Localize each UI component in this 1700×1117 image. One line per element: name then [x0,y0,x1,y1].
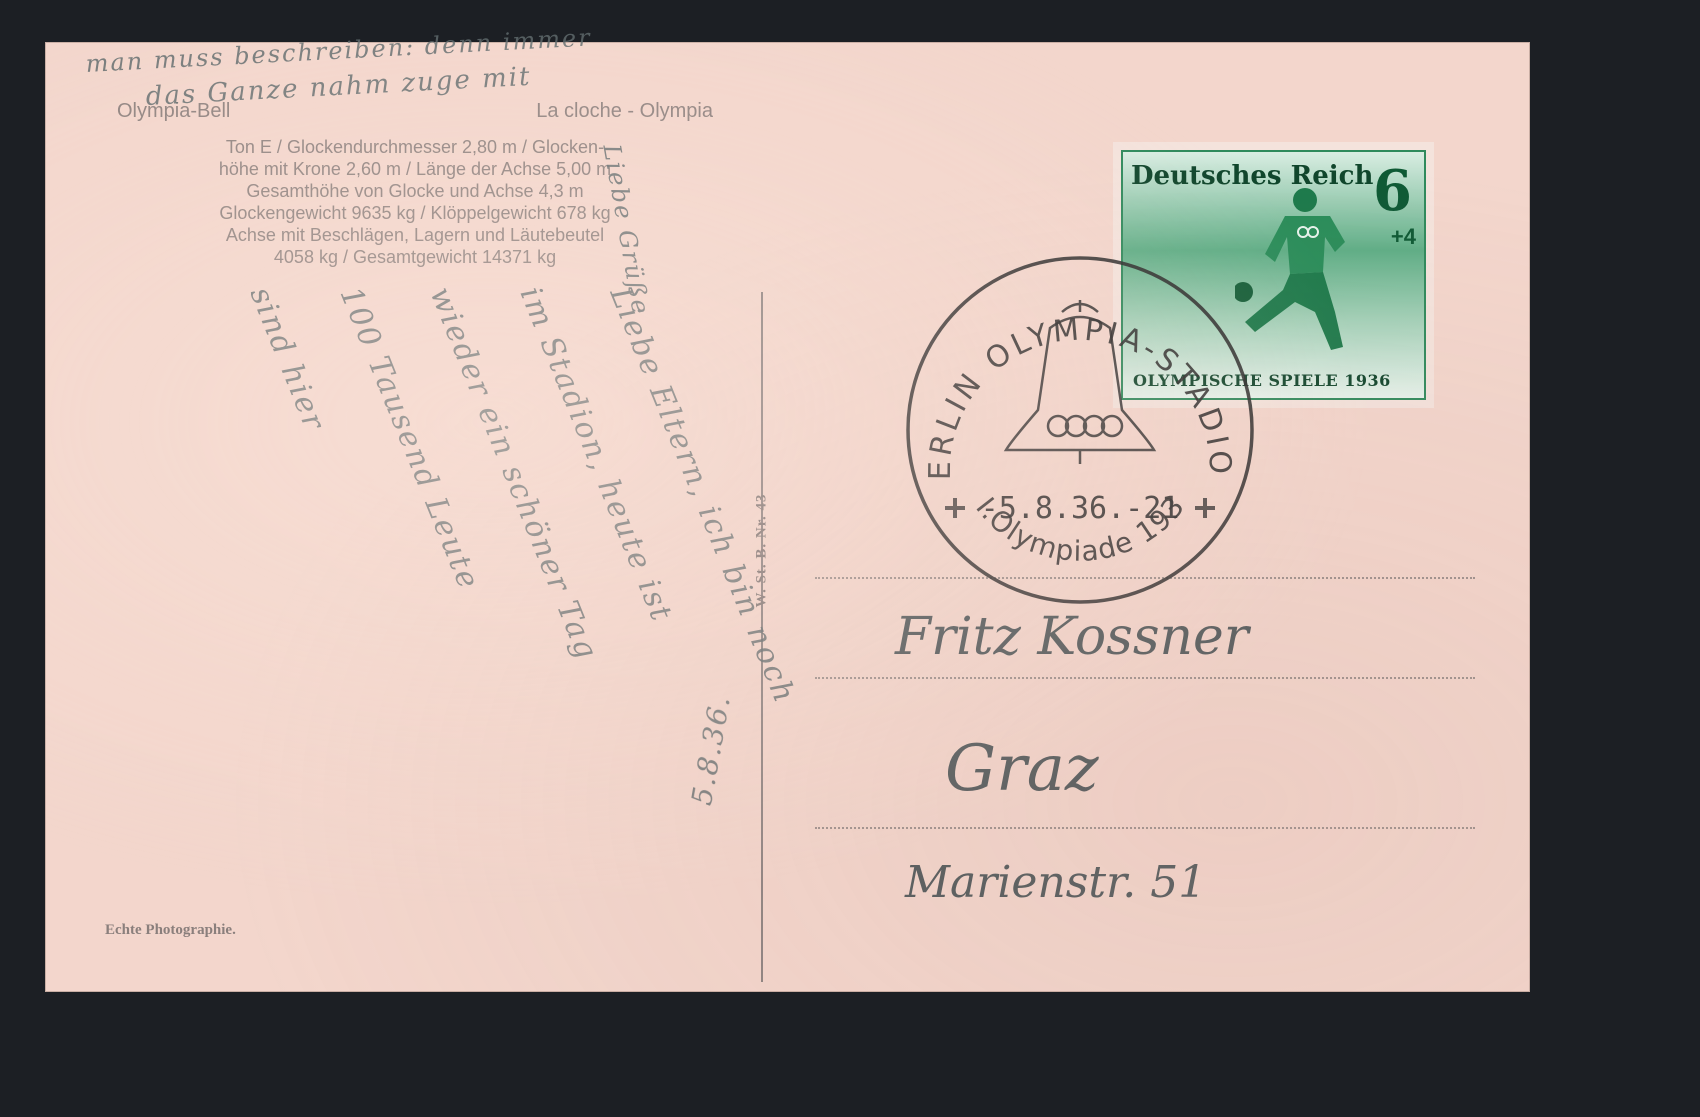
message-line: Liebe Eltern, ich bin noch [603,282,803,709]
postcard: Olympia-Bell La cloche - Olympia Ton E /… [45,42,1530,992]
spec-line: höhe mit Krone 2,60 m / Länge der Achse … [105,158,725,180]
spec-line: Ton E / Glockendurchmesser 2,80 m / Gloc… [105,136,725,158]
recipient-street: Marienstr. 51 [905,857,1206,908]
pencil-mark [975,62,985,97]
svg-text:BERLIN OLYMPIA-STADION: BERLIN OLYMPIA-STADION [890,240,1237,480]
message-line: wieder ein schöner Tag [423,282,605,665]
stamp-value: 6 [1373,158,1412,224]
postmark-date: -5.8.36.-21 [981,491,1180,526]
address-line [815,827,1475,829]
photo-note: Echte Photographie. [105,922,236,939]
postmark-top-text: BERLIN OLYMPIA-STADION [890,240,1237,480]
stamp-surcharge: +4 [1391,224,1416,250]
message-date: 5.8.36. [685,692,737,808]
address-line [815,677,1475,679]
message-line: sind hier [243,282,332,436]
recipient-city: Graz [945,732,1099,806]
postmark-cancellation: BERLIN OLYMPIA-STADION XI.Olympiade 1936… [890,240,1270,620]
caption-title-fr: La cloche - Olympia [536,100,713,122]
